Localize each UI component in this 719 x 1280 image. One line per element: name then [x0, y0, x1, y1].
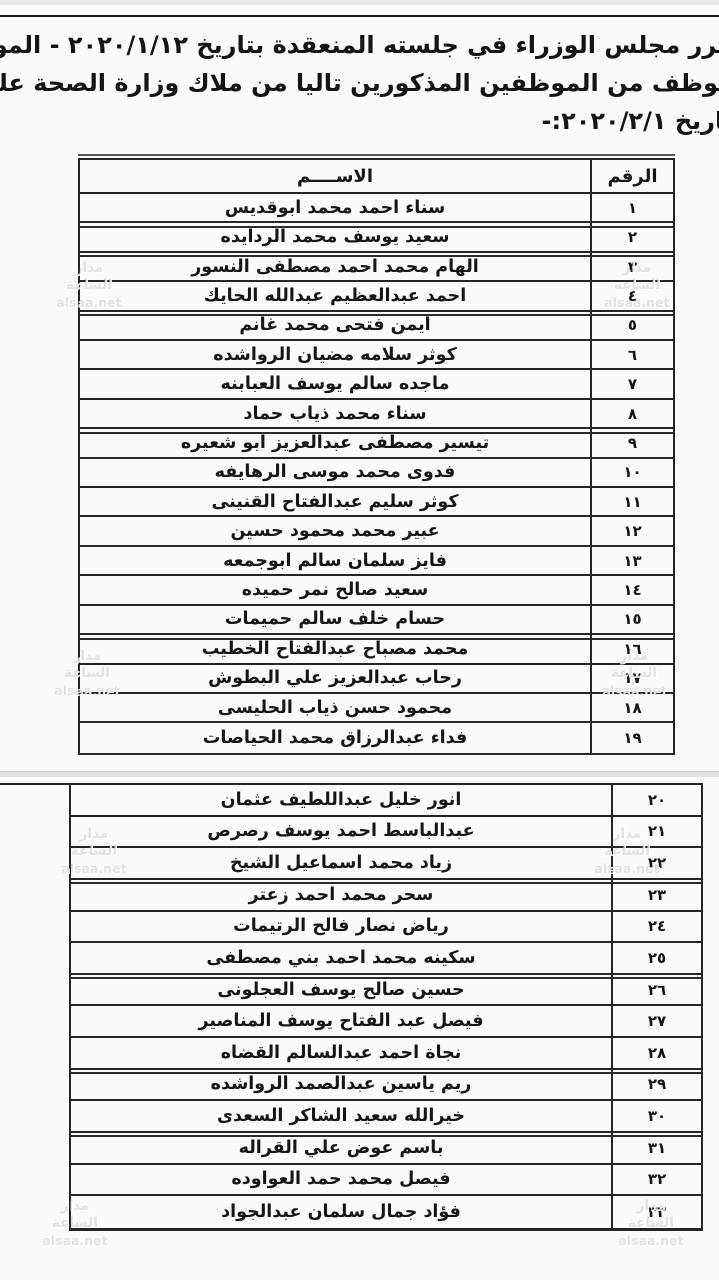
table-row: رحاب عبدالعزيز علي البطوش ١٧ — [80, 665, 673, 694]
table-row: انور خليل عبداللطيف عثمان ٢٠ — [71, 785, 701, 817]
row-number: ١ — [590, 194, 673, 221]
table-row: فيصل محمد حمد العواوده ٣٢ — [71, 1165, 701, 1197]
table1-header-row: الاســــم الرقم — [80, 160, 673, 194]
row-number: ١٣ — [590, 547, 673, 574]
employee-name: ريم ياسين عبدالصمد الرواشده — [71, 1070, 611, 1100]
employee-name: محمود حسن ذياب الحليسى — [80, 694, 590, 721]
watermark: مدار الساعة alsaa.net — [598, 260, 676, 311]
table-row: كوثر سليم عبدالفتاح القنينى ١١ — [80, 488, 673, 517]
watermark-url: alsaa.net — [588, 860, 666, 877]
employee-name: ماجده سالم يوسف العبابنه — [80, 370, 590, 397]
table-row: سكينه محمد احمد بني مصطفى ٢٥ — [71, 943, 701, 975]
table2-left-top-border — [0, 783, 71, 785]
watermark-url: alsaa.net — [598, 294, 676, 311]
table-row: سحر محمد احمد زعتر ٢٣ — [71, 880, 701, 912]
watermark-url: alsaa.net — [50, 294, 128, 311]
table-row: كوثر سلامه مضيان الرواشده ٦ — [80, 341, 673, 370]
employee-name: فيصل عبد الفتاح يوسف المناصير — [71, 1006, 611, 1036]
table-row: سناء محمد ذياب حماد ٨ — [80, 400, 673, 429]
table-row: فدوى محمد موسى الرهايفه ١٠ — [80, 459, 673, 488]
row-number: ١١ — [590, 488, 673, 515]
row-number: ٢٩ — [611, 1070, 701, 1100]
watermark: مدار الساعة alsaa.net — [36, 1198, 114, 1249]
row-number: ٣٠ — [611, 1101, 701, 1131]
row-number: ٣١ — [611, 1133, 701, 1163]
row-number: ٢٠ — [611, 785, 701, 815]
employee-name: احمد عبدالعظيم عبدالله الحايك — [80, 282, 590, 309]
row-number: ٢٥ — [611, 943, 701, 973]
table-row: ريم ياسين عبدالصمد الرواشده ٢٩ — [71, 1070, 701, 1102]
employee-name: كوثر سلامه مضيان الرواشده — [80, 341, 590, 368]
employee-name: انور خليل عبداللطيف عثمان — [71, 785, 611, 815]
employee-name: محمد مصباح عبدالفتاح الخطيب — [80, 635, 590, 662]
row-number: ١٢ — [590, 517, 673, 544]
row-number: ١٠ — [590, 459, 673, 486]
employee-name: نجاة احمد عبدالسالم القضاه — [71, 1038, 611, 1068]
decree-header-line1: قرر مجلس الوزراء في جلسته المنعقدة بتاري… — [0, 26, 719, 64]
page-separator-band — [0, 771, 719, 777]
row-number: ١٩ — [590, 723, 673, 752]
watermark: مدار الساعة alsaa.net — [50, 260, 128, 311]
row-number: ٢٤ — [611, 912, 701, 942]
table-row: باسم عوض علي القراله ٣١ — [71, 1133, 701, 1165]
table1-body: سناء احمد محمد ابوقديس ١ سعيد يوسف محمد … — [80, 194, 673, 753]
table-row: ماجده سالم يوسف العبابنه ٧ — [80, 370, 673, 399]
watermark-arabic: مدار الساعة — [55, 826, 133, 860]
table-row: حسين صالح يوسف العجلونى ٢٦ — [71, 975, 701, 1007]
table-row: عبير محمد محمود حسين ١٢ — [80, 517, 673, 546]
row-number: ١٤ — [590, 576, 673, 603]
employee-name: تيسير مصطفى عبدالعزيز ابو شعيره — [80, 429, 590, 456]
watermark: مدار الساعة alsaa.net — [588, 826, 666, 877]
employee-name: عبير محمد محمود حسين — [80, 517, 590, 544]
employee-name: كوثر سليم عبدالفتاح القنينى — [80, 488, 590, 515]
decree-header-line3: تاريخ ٢٠٢٠/٢/١:- — [0, 102, 719, 140]
table-row: احمد عبدالعظيم عبدالله الحايك ٤ — [80, 282, 673, 311]
watermark: مدار الساعة alsaa.net — [595, 648, 673, 699]
row-number: ٨ — [590, 400, 673, 427]
decree-header: قرر مجلس الوزراء في جلسته المنعقدة بتاري… — [0, 26, 719, 140]
row-number: ٢ — [590, 223, 673, 250]
employee-name: سكينه محمد احمد بني مصطفى — [71, 943, 611, 973]
table-row: رياض نصار فالح الرتيمات ٢٤ — [71, 912, 701, 944]
row-number: ٢٣ — [611, 880, 701, 910]
scanned-document-page: قرر مجلس الوزراء في جلسته المنعقدة بتاري… — [0, 0, 719, 1280]
decree-header-line2: موظف من الموظفين المذكورين تاليا من ملاك… — [0, 64, 719, 102]
table-row: حسام خلف سالم حميمات ١٥ — [80, 606, 673, 635]
employee-name: فايز سلمان سالم ابوجمعه — [80, 547, 590, 574]
employee-name: زياد محمد اسماعيل الشيخ — [71, 848, 611, 878]
employee-name: ايمن فتحى محمد غانم — [80, 312, 590, 339]
table-row: سعيد يوسف محمد الردايده ٢ — [80, 223, 673, 252]
watermark-url: alsaa.net — [595, 682, 673, 699]
watermark-url: alsaa.net — [36, 1232, 114, 1249]
table-row: فايز سلمان سالم ابوجمعه ١٣ — [80, 547, 673, 576]
employee-name: فدوى محمد موسى الرهايفه — [80, 459, 590, 486]
table-row: فيصل عبد الفتاح يوسف المناصير ٢٧ — [71, 1006, 701, 1038]
watermark-arabic: مدار الساعة — [595, 648, 673, 682]
watermark-arabic: مدار الساعة — [612, 1198, 690, 1232]
employee-name: الهام محمد احمد مصطفى النسور — [80, 253, 590, 280]
watermark-arabic: مدار الساعة — [50, 260, 128, 294]
row-number: ٧ — [590, 370, 673, 397]
table-row: الهام محمد احمد مصطفى النسور ٣ — [80, 253, 673, 282]
watermark-arabic: مدار الساعة — [48, 648, 126, 682]
row-number: ٢٨ — [611, 1038, 701, 1068]
employee-name: سعيد يوسف محمد الردايده — [80, 223, 590, 250]
retirees-table-rows-1-19: الاســــم الرقم سناء احمد محمد ابوقديس ١… — [78, 158, 675, 755]
employee-name: حسين صالح يوسف العجلونى — [71, 975, 611, 1005]
row-number: ٦ — [590, 341, 673, 368]
watermark-url: alsaa.net — [612, 1232, 690, 1249]
watermark-arabic: مدار الساعة — [588, 826, 666, 860]
employee-name: حسام خلف سالم حميمات — [80, 606, 590, 633]
watermark: مدار الساعة alsaa.net — [55, 826, 133, 877]
row-number: ٥ — [590, 312, 673, 339]
table-row: تيسير مصطفى عبدالعزيز ابو شعيره ٩ — [80, 429, 673, 458]
employee-name: سعيد صالح نمر حميده — [80, 576, 590, 603]
table1-top-artifact-line — [78, 154, 675, 156]
employee-name: باسم عوض علي القراله — [71, 1133, 611, 1163]
watermark-url: alsaa.net — [55, 860, 133, 877]
column-header-name: الاســــم — [80, 160, 590, 192]
watermark-arabic: مدار الساعة — [598, 260, 676, 294]
table-row: محمود حسن ذياب الحليسى ١٨ — [80, 694, 673, 723]
page-top-strip — [0, 0, 719, 5]
watermark: مدار الساعة alsaa.net — [612, 1198, 690, 1249]
top-horizontal-rule — [0, 15, 719, 17]
table-row: محمد مصباح عبدالفتاح الخطيب ١٦ — [80, 635, 673, 664]
table-row: فؤاد جمال سلمان عبدالجواد ٣٣ — [71, 1196, 701, 1228]
employee-name: فيصل محمد حمد العواوده — [71, 1165, 611, 1195]
employee-name: فداء عبدالرزاق محمد الحياصات — [80, 723, 590, 752]
employee-name: سناء محمد ذياب حماد — [80, 400, 590, 427]
table-row: نجاة احمد عبدالسالم القضاه ٢٨ — [71, 1038, 701, 1070]
employee-name: عبدالباسط احمد يوسف رصرص — [71, 817, 611, 847]
employee-name: رحاب عبدالعزيز علي البطوش — [80, 665, 590, 692]
row-number: ٩ — [590, 429, 673, 456]
table-row: فداء عبدالرزاق محمد الحياصات ١٩ — [80, 723, 673, 752]
table-row: سعيد صالح نمر حميده ١٤ — [80, 576, 673, 605]
employee-name: خيرالله سعيد الشاكر السعدى — [71, 1101, 611, 1131]
watermark-url: alsaa.net — [48, 682, 126, 699]
employee-name: سحر محمد احمد زعتر — [71, 880, 611, 910]
watermark: مدار الساعة alsaa.net — [48, 648, 126, 699]
employee-name: رياض نصار فالح الرتيمات — [71, 912, 611, 942]
watermark-arabic: مدار الساعة — [36, 1198, 114, 1232]
row-number: ١٥ — [590, 606, 673, 633]
row-number: ٢٧ — [611, 1006, 701, 1036]
table-row: سناء احمد محمد ابوقديس ١ — [80, 194, 673, 223]
table-row: خيرالله سعيد الشاكر السعدى ٣٠ — [71, 1101, 701, 1133]
row-number: ٣٢ — [611, 1165, 701, 1195]
employee-name: فؤاد جمال سلمان عبدالجواد — [71, 1196, 611, 1228]
column-header-number: الرقم — [590, 160, 673, 192]
employee-name: سناء احمد محمد ابوقديس — [80, 194, 590, 221]
row-number: ٢٦ — [611, 975, 701, 1005]
table-row: ايمن فتحى محمد غانم ٥ — [80, 312, 673, 341]
